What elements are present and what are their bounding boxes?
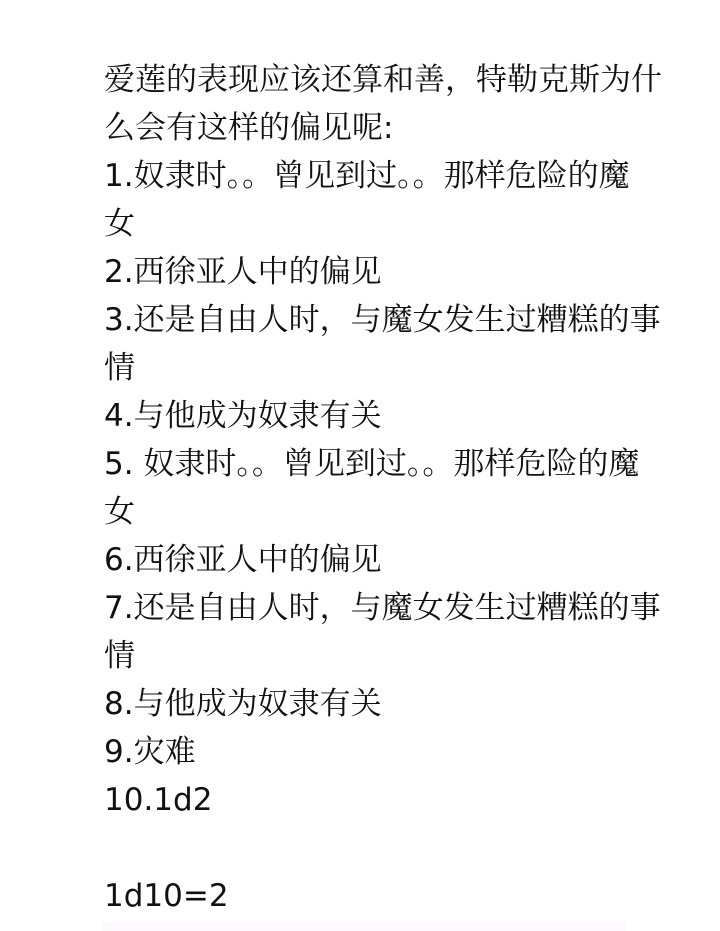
option-2: 2.西徐亚人中的偏见 [104,248,684,296]
option-5-wrap: 女 [104,488,684,536]
footer-divider [102,922,626,931]
dice-roll-result: 1d10=2 [104,872,684,920]
option-5: 5. 奴隶时。。曾见到过。。那样危险的魔 [104,440,684,488]
question-line-2: 么会有这样的偏见呢: [104,104,684,152]
option-4: 4.与他成为奴隶有关 [104,392,684,440]
option-6: 6.西徐亚人中的偏见 [104,536,684,584]
option-7-wrap: 情 [104,632,684,680]
post-body: 爱莲的表现应该还算和善，特勒克斯为什 么会有这样的偏见呢: 1.奴隶时。。曾见到… [104,56,684,920]
option-8: 8.与他成为奴隶有关 [104,680,684,728]
option-9: 9.灾难 [104,728,684,776]
option-1-wrap: 女 [104,200,684,248]
option-3: 3.还是自由人时，与魔女发生过糟糕的事 [104,296,684,344]
option-3-wrap: 情 [104,344,684,392]
option-10: 10.1d2 [104,776,684,824]
option-7: 7.还是自由人时，与魔女发生过糟糕的事 [104,584,684,632]
blank-line [104,824,684,872]
option-1: 1.奴隶时。。曾见到过。。那样危险的魔 [104,152,684,200]
question-line-1: 爱莲的表现应该还算和善，特勒克斯为什 [104,56,684,104]
